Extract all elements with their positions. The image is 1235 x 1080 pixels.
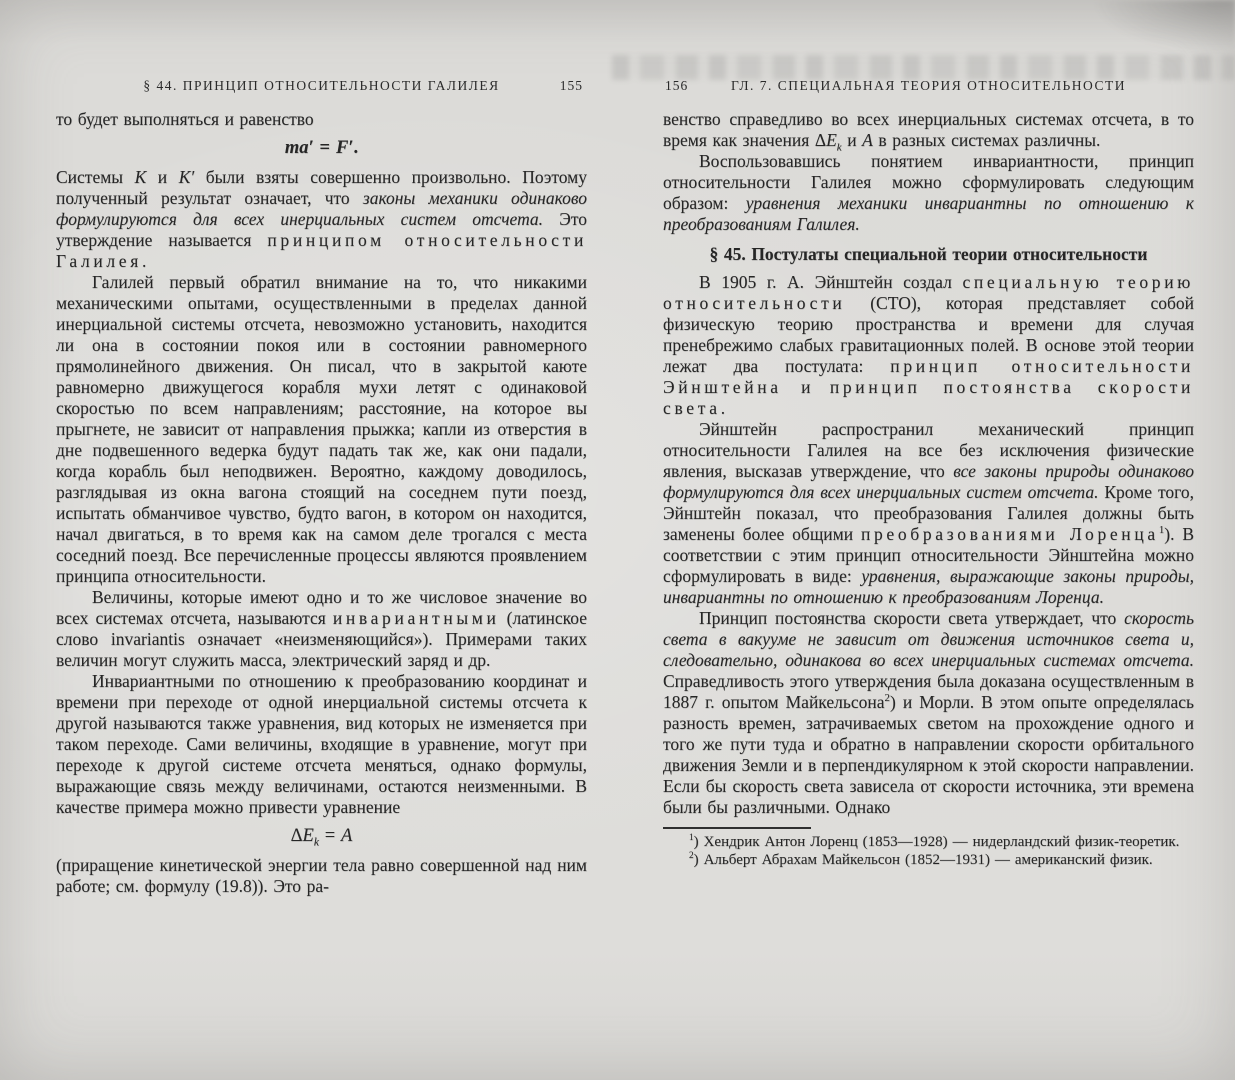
text-segment-n: и — [842, 130, 863, 150]
text-segment-n: Инвариантными по отношению к преобразова… — [56, 671, 587, 817]
text-segment-n: (приращение кинетической энергии тела ра… — [56, 855, 587, 896]
section-heading-45: § 45. Постулаты специальной теории относ… — [663, 244, 1194, 265]
text-segment-n: . — [353, 138, 358, 158]
text-segment-n: в разных системах различны. — [873, 130, 1100, 150]
scan-smudge-artifact — [1095, 0, 1235, 52]
text-segment-it: К — [135, 167, 147, 187]
text-segment-n: ) Хендрик Антон Лоренц (1853—1928) — нид… — [694, 834, 1180, 850]
text-segment-it: A — [341, 826, 352, 846]
running-head-right-title: ГЛ. 7. СПЕЦИАЛЬНАЯ ТЕОРИЯ ОТНОСИТЕЛЬНОСТ… — [731, 78, 1126, 93]
running-head-right: 156 ГЛ. 7. СПЕЦИАЛЬНАЯ ТЕОРИЯ ОТНОСИТЕЛЬ… — [663, 78, 1194, 96]
footnote-lorentz: 1) Хендрик Антон Лоренц (1853—1928) — ни… — [663, 834, 1194, 852]
running-head-left: § 44. ПРИНЦИП ОТНОСИТЕЛЬНОСТИ ГАЛИЛЕЯ 15… — [56, 78, 587, 96]
paragraph-equation-valid: венство справедливо во всех инерциальных… — [663, 109, 1194, 151]
paragraph-continuation: то будет выполняться и равенство — [56, 109, 587, 130]
text-segment-it: К′ — [179, 167, 194, 187]
text-segment-sp: инвариантными — [333, 608, 500, 628]
formula-newton-second-law: ma′ = F′. — [56, 137, 587, 160]
paragraph-einstein-1905: В 1905 г. А. Эйнштейн создал специальную… — [663, 272, 1194, 419]
paragraph-light-speed-postulate: Принцип постоянства скорости света утвер… — [663, 608, 1194, 818]
page-body-right: венство справедливо во всех инерциальных… — [663, 109, 1194, 869]
footnote-michelson: 2) Альберт Абрахам Майкельсон (1852—1931… — [663, 852, 1194, 870]
book-scan: § 44. ПРИНЦИП ОТНОСИТЕЛЬНОСТИ ГАЛИЛЕЯ 15… — [0, 0, 1235, 1080]
text-segment-it: F′ — [336, 138, 354, 158]
text-segment-n: . — [142, 251, 146, 271]
running-head-left-title: § 44. ПРИНЦИП ОТНОСИТЕЛЬНОСТИ ГАЛИЛЕЯ — [143, 78, 499, 93]
text-segment-n: = — [319, 826, 341, 846]
text-segment-n: и — [146, 167, 178, 187]
text-segment-n: Δ — [291, 826, 303, 846]
page-number-left: 155 — [560, 78, 583, 94]
footnote-separator — [663, 827, 811, 829]
text-segment-n: . — [721, 398, 725, 418]
formula-kinetic-energy-work: ΔEk = A — [56, 825, 587, 848]
paragraph-systems-arbitrary: Системы К и К′ были взяты совершенно про… — [56, 167, 587, 272]
paragraph-galileo-ship: Галилей первый обратил внимание на то, ч… — [56, 272, 587, 587]
page-number-right: 156 — [665, 78, 688, 94]
text-segment-it: A — [862, 130, 873, 150]
text-segment-it: E — [826, 130, 837, 150]
text-segment-n: = — [314, 138, 336, 158]
page-right: 156 ГЛ. 7. СПЕЦИАЛЬНАЯ ТЕОРИЯ ОТНОСИТЕЛЬ… — [663, 78, 1194, 869]
paragraph-invariants: Величины, которые имеют одно и то же чис… — [56, 587, 587, 671]
text-segment-n: Галилей первый обратил внимание на то, ч… — [56, 272, 587, 586]
text-segment-n: В 1905 г. А. Эйнштейн создал — [699, 272, 962, 292]
paragraph-invariant-equations: Инвариантными по отношению к преобразова… — [56, 671, 587, 818]
page-body-left: то будет выполняться и равенствоma′ = F′… — [56, 109, 587, 897]
paragraph-invariance-formulation: Воспользовавшись понятием инвариантности… — [663, 151, 1194, 235]
text-segment-it: ma′ — [285, 138, 314, 158]
text-segment-n: Принцип постоянства скорости света утвер… — [699, 608, 1124, 628]
text-segment-n: Системы — [56, 167, 135, 187]
paragraph-einstein-extension: Эйнштейн распространил механический прин… — [663, 419, 1194, 608]
bleed-through-artifact — [612, 55, 1235, 80]
text-segment-n: и — [782, 377, 830, 397]
text-segment-n: ) Альберт Абрахам Майкельсон (1852—1931)… — [694, 852, 1153, 868]
text-segment-n: § 45. Постулаты специальной теории относ… — [710, 244, 1148, 264]
page-left: § 44. ПРИНЦИП ОТНОСИТЕЛЬНОСТИ ГАЛИЛЕЯ 15… — [56, 78, 587, 897]
text-segment-sp: преобразованиями Лоренца — [861, 524, 1159, 544]
text-segment-n: то будет выполняться и равенство — [56, 109, 314, 129]
paragraph-kinetic-energy-note: (приращение кинетической энергии тела ра… — [56, 855, 587, 897]
text-segment-it: E — [303, 826, 314, 846]
